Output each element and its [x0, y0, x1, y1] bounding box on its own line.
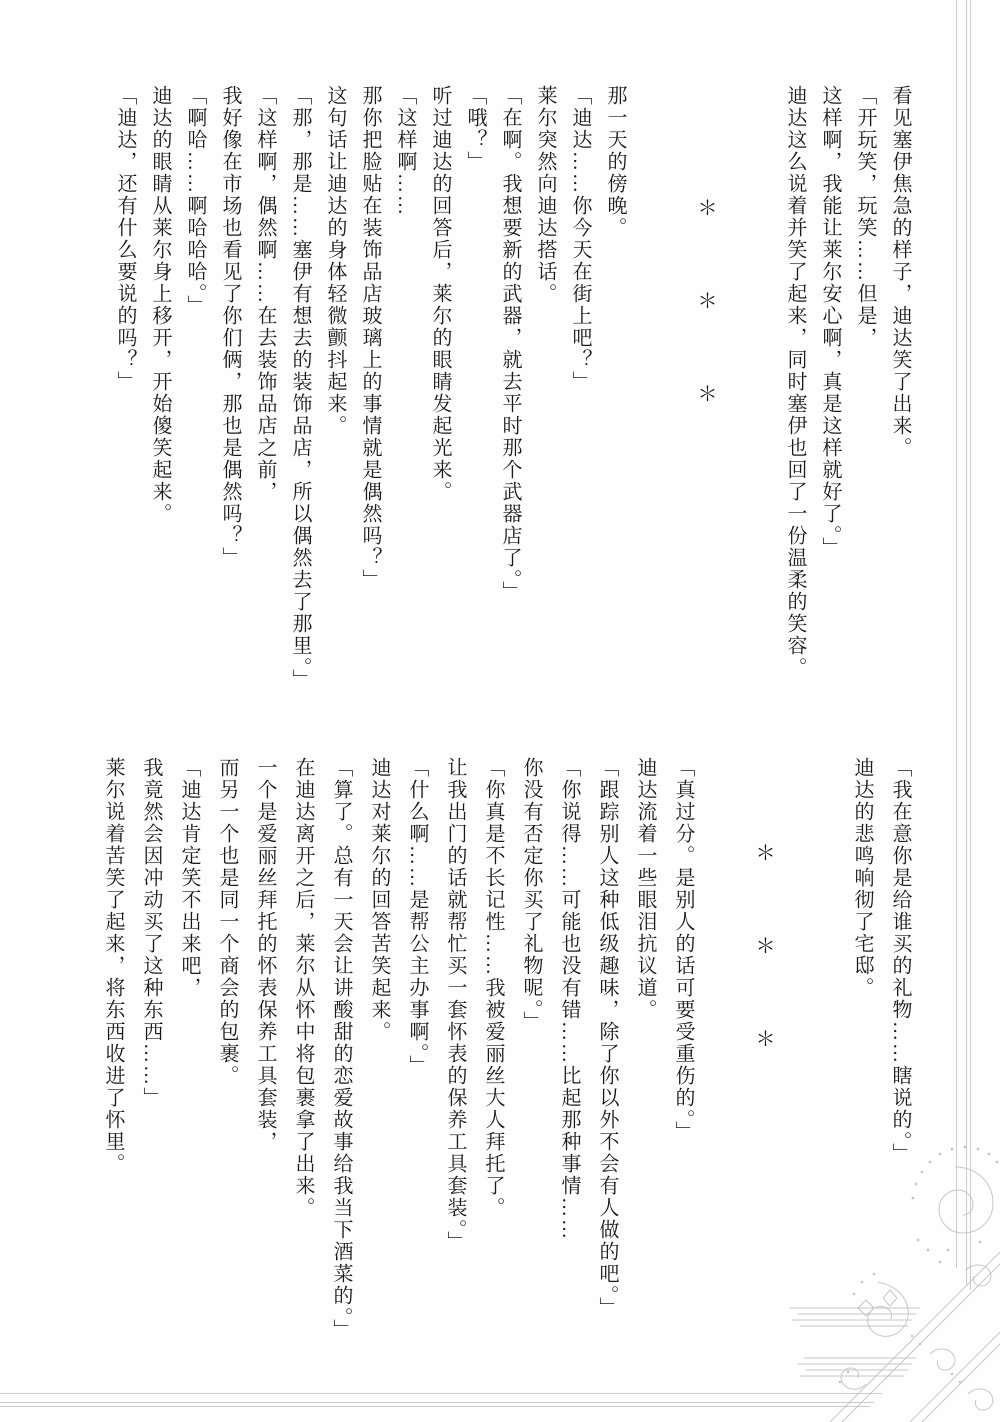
- text-column: 我好像在市场也看见了你们俩，那也是偶然吗？」: [220, 85, 240, 725]
- text-column: 「迪达，还有什么要说的吗？」: [115, 85, 135, 725]
- text-column: 「哦？」: [465, 85, 485, 725]
- text-column: 你没有否定你买了礼物呢。」: [521, 757, 541, 1397]
- text-column: 让我出门的话就帮忙买一套怀表的保养工具套装。」: [445, 757, 465, 1397]
- text-column: 莱尔说着苦笑了起来，将东西收进了怀里。: [103, 757, 123, 1397]
- text-column: 「这样啊，偶然啊……在去装饰品店之前，: [255, 85, 275, 725]
- text-column: 「那，那是……塞伊有想去的装饰品店，所以偶然去了那里。」: [290, 85, 310, 725]
- text-column: 迪达这么说着并笑了起来，同时塞伊也回了一份温柔的笑容。: [785, 85, 805, 725]
- bottom-border-line-inner-a: [0, 1402, 874, 1403]
- text-column: 而另一个也是同一个商会的包裹。: [217, 757, 237, 1397]
- text-column: 「跟踪别人这种低级趣味，除了你以外不会有人做的吧。」: [597, 757, 617, 1397]
- text-column: 莱尔突然向迪达搭话。: [535, 85, 555, 725]
- text-column: 「这样啊……: [395, 85, 415, 725]
- text-column: 「什么啊……是帮公主办事啊。」: [407, 757, 427, 1397]
- right-border-line-inner-b: [970, 0, 971, 1290]
- text-column: 「在啊。我想要新的武器，就去平时那个武器店了。」: [500, 85, 520, 725]
- text-column: 迪达的眼睛从莱尔身上移开，开始傻笑起来。: [150, 85, 170, 725]
- text-column: 我竟然会因冲动买了这种东西……」: [141, 757, 161, 1397]
- text-column: 「你说得……可能也没有错……比起那种事情……: [559, 757, 579, 1397]
- text-column: 看见塞伊焦急的样子，迪达笑了出来。: [890, 85, 910, 725]
- scene-divider: ＊＊＊: [695, 85, 715, 725]
- bottom-border-line-outer: [0, 1393, 882, 1394]
- text-column: 听过迪达的回答后，莱尔的眼睛发起光来。: [430, 85, 450, 725]
- text-column: 「迪达肯定笑不出来吧，: [179, 757, 199, 1397]
- corner-flourish-ornament: [770, 1122, 1000, 1422]
- text-column: 迪达对莱尔的回答苦笑起来。: [369, 757, 389, 1397]
- text-column: 「你真是不长记性……我被爱丽丝大人拜托了。: [483, 757, 503, 1397]
- text-column: 「算了。总有一天会让讲酸甜的恋爱故事给我当下酒菜的。」: [331, 757, 351, 1397]
- text-column: 「真过分。是别人的话可要受重伤的。」: [673, 757, 693, 1397]
- text-column: 「开玩笑，玩笑……但是，: [855, 85, 875, 725]
- bottom-border-line-inner-b: [0, 1406, 870, 1407]
- text-column: 这句话让迪达的身体轻微颤抖起来。: [325, 85, 345, 725]
- novel-page: 看见塞伊焦急的样子，迪达笑了出来。「开玩笑，玩笑……但是，这样啊，我能让莱尔安心…: [0, 0, 1000, 1422]
- text-column: 「啊哈……啊哈哈哈。」: [185, 85, 205, 725]
- text-column: 「迪达……你今天在街上吧？」: [570, 85, 590, 725]
- text-section-top: 看见塞伊焦急的样子，迪达笑了出来。「开玩笑，玩笑……但是，这样啊，我能让莱尔安心…: [100, 85, 910, 725]
- text-column: 那一天的傍晚。: [605, 85, 625, 725]
- text-column: 一个是爱丽丝拜托的怀表保养工具套装，: [255, 757, 275, 1397]
- text-column: 在迪达离开之后，莱尔从怀中将包裹拿了出来。: [293, 757, 313, 1397]
- right-border-line-outer: [956, 0, 957, 1268]
- text-column: 迪达流着一些眼泪抗议道。: [635, 757, 655, 1397]
- text-column: 这样啊，我能让莱尔安心啊，真是这样就好了。」: [820, 85, 840, 725]
- right-border-line-inner-a: [966, 0, 967, 1286]
- text-column: 那你把脸贴在装饰品店玻璃上的事情就是偶然吗？」: [360, 85, 380, 725]
